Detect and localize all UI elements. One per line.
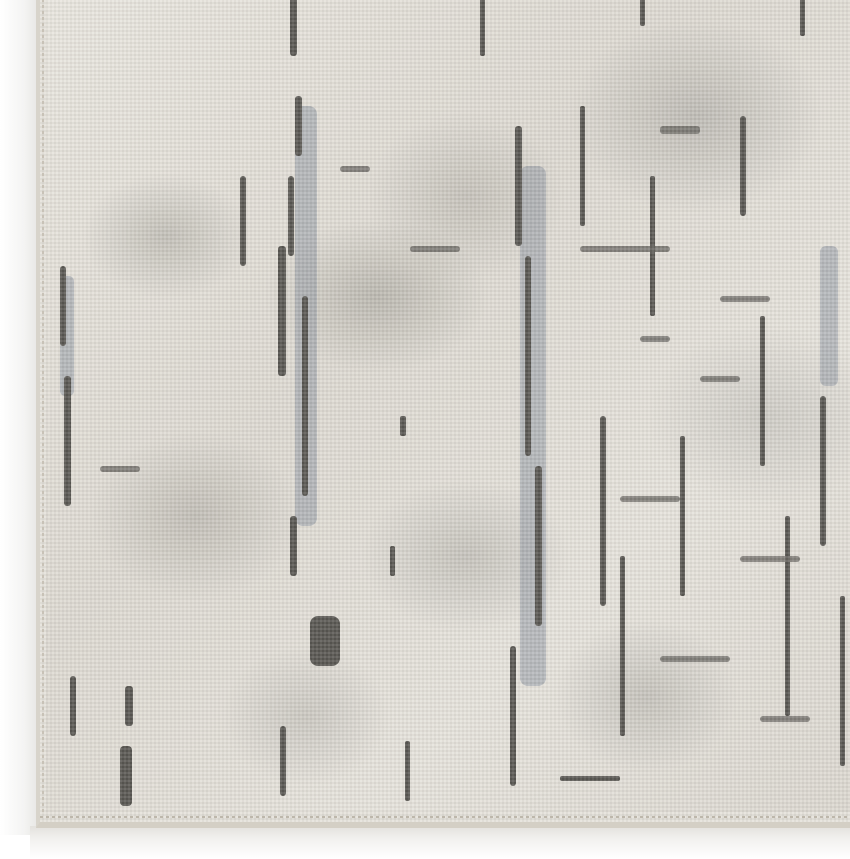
bottom-shadow <box>30 826 850 859</box>
rug-corner <box>36 0 850 828</box>
pile-texture <box>40 0 850 822</box>
bottom-binding-stitch <box>40 816 850 818</box>
left-shadow <box>0 0 40 835</box>
side-binding-stitch <box>42 0 44 812</box>
